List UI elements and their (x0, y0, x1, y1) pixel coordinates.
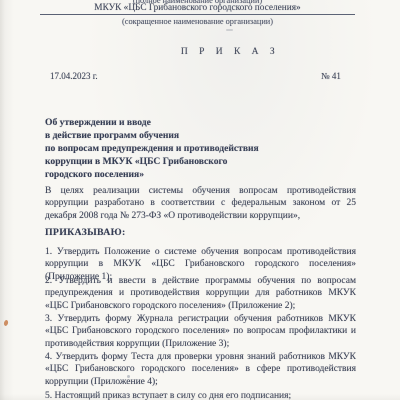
title-line: Об утверждении и вводе (45, 116, 335, 129)
short-name-caption: (сокращенное наименование организации) (40, 17, 355, 26)
scanned-order-document: (полное наименование организации) МКУК «… (0, 0, 400, 400)
title-line: в действие программ обучения (45, 129, 335, 142)
scan-smudge (226, 29, 233, 31)
order-item-3: 3. Утвердить форму Журнала регистрации о… (45, 313, 356, 350)
title-line: городского поселения» (45, 168, 335, 181)
order-item-5: 5. Настоящий приказ вступает в силу со д… (45, 390, 356, 400)
document-type-heading: П Р И К А З (100, 47, 360, 57)
document-title: Об утверждении и вводе в действие програ… (45, 116, 335, 181)
directive-heading: ПРИКАЗЫВАЮ: (45, 227, 126, 238)
document-number: № 41 (321, 71, 341, 81)
order-item-4: 4. Утвердить форму Теста для проверки ур… (45, 351, 356, 388)
order-item-2: 2. Утвердить и ввести в действие програм… (45, 275, 356, 312)
title-line: по вопросам предупреждения и противодейс… (45, 142, 335, 155)
document-date: 17.04.2023 г. (50, 71, 98, 81)
title-line: коррупции в МКУК «ЦБС Грибановского (45, 155, 335, 168)
scan-speck-orange (3, 320, 8, 327)
scan-speck-gray (127, 375, 130, 378)
organization-name: МКУК «ЦБС Грибановского городского посел… (40, 3, 355, 15)
preamble-paragraph: В целях реализации системы обучения вопр… (45, 185, 356, 222)
